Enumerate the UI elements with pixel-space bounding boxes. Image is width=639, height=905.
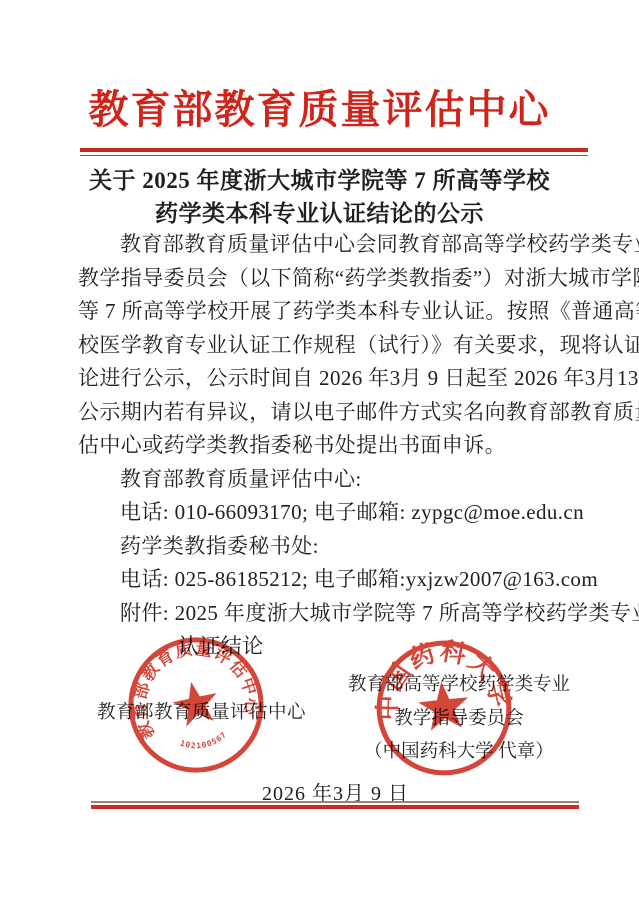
body-line: 电话: 025-86185212; 电子邮箱:yxjzw2007@163.com bbox=[78, 563, 578, 597]
body-line: 论进行公示，公示时间自 2026 年3月 9 日起至 2026 年3月13日止。 bbox=[78, 362, 578, 396]
body-line: 估中心或药学类教指委秘书处提出书面申诉。 bbox=[78, 429, 578, 463]
body-paragraph: 教育部教育质量评估中心会同教育部高等学校药学类专业教学指导委员会（以下简称“药学… bbox=[78, 228, 578, 664]
footer-rule-thin-line bbox=[91, 801, 579, 803]
body-line: 教育部教育质量评估中心: bbox=[78, 463, 578, 497]
org-title: 教育部教育质量评估中心 bbox=[0, 78, 639, 135]
official-seal-left: 教育部教育质量评估中心 1010210056773 bbox=[108, 617, 284, 793]
star-icon bbox=[169, 677, 222, 728]
doc-title-line1: 关于 2025 年度浙大城市学院等 7 所高等学校 bbox=[0, 164, 639, 197]
body-line: 校医学教育专业认证工作规程（试行）》有关要求，现将认证结 bbox=[78, 329, 578, 363]
footer-rule bbox=[91, 801, 579, 809]
footer-rule-thick-line bbox=[91, 805, 579, 810]
doc-title-line2: 药学类本科专业认证结论的公示 bbox=[0, 197, 639, 230]
body-line: 等 7 所高等学校开展了药学类本科专业认证。按照《普通高等学 bbox=[78, 295, 578, 329]
doc-title: 关于 2025 年度浙大城市学院等 7 所高等学校 药学类本科专业认证结论的公示 bbox=[0, 164, 639, 230]
body-line: 药学类教指委秘书处: bbox=[78, 530, 578, 564]
header-rule-thick-line bbox=[80, 148, 588, 152]
header-rule-thin-line bbox=[80, 155, 588, 156]
header-rule bbox=[80, 148, 588, 156]
star-icon bbox=[416, 679, 471, 732]
official-seal-right: 中国药科大学 bbox=[360, 624, 527, 791]
body-line: 教学指导委员会（以下简称“药学类教指委”）对浙大城市学院 bbox=[78, 262, 578, 296]
body-line: 教育部教育质量评估中心会同教育部高等学校药学类专业 bbox=[78, 228, 578, 262]
body-line: 电话: 010-66093170; 电子邮箱: zypgc@moe.edu.cn bbox=[78, 496, 578, 530]
body-line: 公示期内若有异议，请以电子邮件方式实名向教育部教育质量评 bbox=[78, 396, 578, 430]
document-page: 教育部教育质量评估中心 关于 2025 年度浙大城市学院等 7 所高等学校 药学… bbox=[0, 0, 639, 905]
